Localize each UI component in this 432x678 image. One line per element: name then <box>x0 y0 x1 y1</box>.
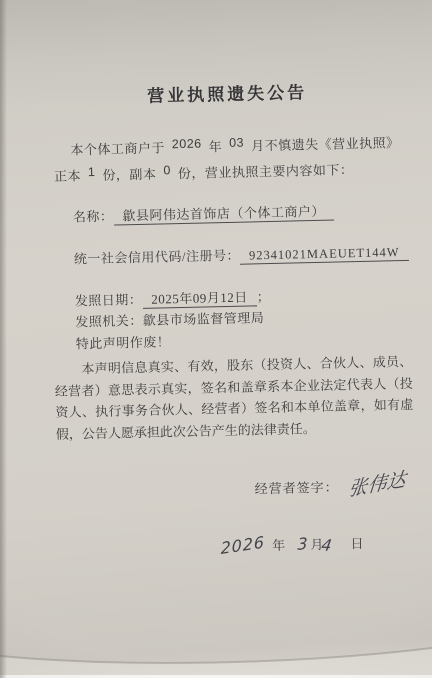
page-title: 营业执照遗失公告 <box>48 80 406 110</box>
date-year-unit: 年 <box>272 537 285 552</box>
date-day-unit: 日 <box>350 535 363 550</box>
handwritten-day: 4 <box>320 534 334 556</box>
name-label: 名称： <box>73 208 114 224</box>
photo-left-edge-shadow <box>0 0 7 678</box>
name-value: 歙县阿伟达首饰店（个体工商户） <box>113 203 334 225</box>
originals-label: 正本 <box>54 168 81 184</box>
name-field: 名称：歙县阿伟达首饰店（个体工商户） <box>51 198 409 228</box>
issue-date-label: 发照日期： <box>75 291 143 308</box>
document-photo: 营业执照遗失公告 本个体工商户于2026年03月不慎遗失《营业执照》 正本1份，… <box>0 0 432 678</box>
credit-code-label: 统一社会信用代码/注册号： <box>74 248 240 267</box>
year-unit: 年 <box>209 139 223 154</box>
copies-label: 份，副本 <box>102 166 156 182</box>
announcement-page: 营业执照遗失公告 本个体工商户于2026年03月不慎遗失《营业执照》 正本1份，… <box>48 80 417 561</box>
operator-signature-row: 经营者签字：张伟达 <box>57 474 415 505</box>
authority-value: 歙县市场监督管理局 <box>143 310 265 328</box>
credit-code-field: 统一社会信用代码/注册号：92341021MAEUET144W <box>52 241 410 272</box>
intro-line2-suffix: 份，营业执照主要内容如下： <box>178 162 354 181</box>
signature-label: 经营者签字： <box>254 480 338 497</box>
signing-date-row: 2026年3月4日 <box>58 530 416 561</box>
credit-code-value: 92341021MAEUET144W <box>240 245 409 265</box>
authority-label: 发照机关： <box>75 313 143 330</box>
handwritten-signature: 张伟达 <box>348 469 408 502</box>
intro-suffix: 月不慎遗失《营业执照》 <box>251 135 400 153</box>
issue-date-suffix: ； <box>257 289 271 304</box>
copies-count: 0 <box>163 163 171 177</box>
handwritten-month: 3 <box>297 532 308 555</box>
paper-fold-shadow <box>0 608 432 678</box>
handwritten-year: 2026 <box>221 531 265 559</box>
loss-month-value: 03 <box>229 135 244 149</box>
issue-date-value: 2025年09月12日 <box>142 289 257 309</box>
declaration-paragraph: 本声明信息真实、有效，股东（投资人、合伙人、成员、经营者）意思表示真实，签名和盖… <box>54 351 414 445</box>
intro-pre: 本个体工商户于 <box>70 140 165 157</box>
originals-count: 1 <box>88 164 96 178</box>
loss-year-value: 2026 <box>172 136 202 151</box>
